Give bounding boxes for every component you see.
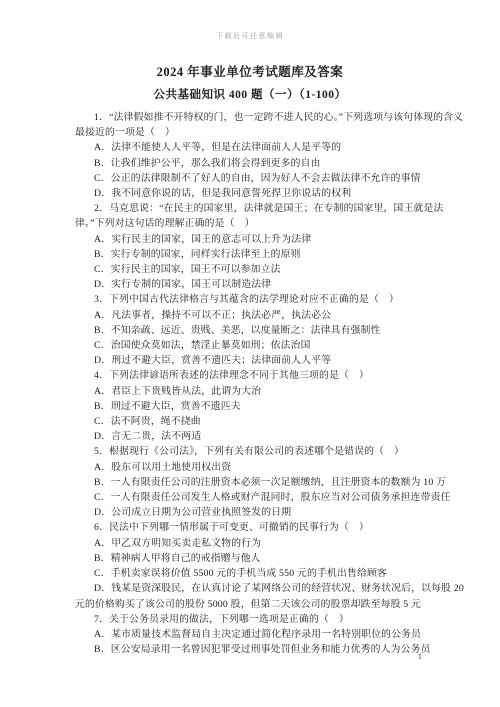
body-line: A．实行民主的国家，国王的意志可以上升为法律 xyxy=(75,232,470,247)
body-line: A．甲乙双方明知买卖走私文物的行为 xyxy=(75,536,470,551)
question-body: 1．“法律假如推不开特权的门，也一定跨不进人民的心。”下列选项与该句体现的含义最… xyxy=(0,110,500,657)
body-line: B．精神病人甲将自己的戒指赠与他人 xyxy=(75,551,470,566)
document-title: 2024 年事业单位考试题库及答案 xyxy=(0,62,500,80)
body-line: D．刑过不避大臣，赏善不遗匹夫；法律面前人人平等 xyxy=(75,353,470,368)
body-line: 6．民法中下列哪一情形属于可变更、可撤销的民事行为（ ） xyxy=(75,520,470,535)
document-page: 下载后可任意编辑 2024 年事业单位考试题库及答案 公共基础知识 400 题（… xyxy=(0,0,500,707)
header-note: 下载后可任意编辑 xyxy=(0,31,500,41)
body-line: 4．下列法律谚语所表述的法律理念不同于其他三项的是（ ） xyxy=(75,368,470,383)
body-line: B．刑过不避大臣，赏善不遗匹夫 xyxy=(75,399,470,414)
body-line: B．区公安局录用一名曾因犯罪受过刑事处罚但业务和能力优秀的人为公务员 xyxy=(75,642,470,657)
body-line: B．一人有限责任公司的注册资本必须一次足额缴纳，且注册资本的数额为 10 万 xyxy=(75,475,470,490)
body-line: C．法不阿贵，绳不挠曲 xyxy=(75,414,470,429)
body-line: A．凡法事者，操持不可以不正；执法必严，执法必公 xyxy=(75,308,470,323)
body-line: A．某市质量技术监督局自主决定通过简化程序录用一名特别职位的公务员 xyxy=(75,627,470,642)
body-line: B．不知亲疏、远近、贵贱、美恶，以度量断之：法律具有强制性 xyxy=(75,323,470,338)
body-line: A．股东可以用土地使用权出资 xyxy=(75,460,470,475)
body-line: 5．根据现行《公司法》，下列有关有限公司的表述哪个是错误的（ ） xyxy=(75,444,470,459)
body-line: C．公正的法律限制不了好人的自由，因为好人不会去做法律不允许的事情 xyxy=(75,171,470,186)
body-line: 7．关于公务员录用的做法，下列哪一选项是正确的（ ） xyxy=(75,612,470,627)
body-line: D．言无二贵，法不两适 xyxy=(75,429,470,444)
body-line: B．让我们维护公平，那么我们将会得到更多的自由 xyxy=(75,156,470,171)
body-line: D．我不同意你说的话，但是我同意誓死捍卫你说话的权利 xyxy=(75,186,470,201)
body-line: 2．马克思说：“在民主的国家里，法律就是国王；在专制的国家里，国王就是法 xyxy=(75,201,470,216)
body-line: D．钱某是资深股民，在认真讨论了某网络公司的经营状况、财务状况后，以每股 20 xyxy=(75,581,470,596)
body-line: 3．下列中国古代法律格言与其蕴含的法学理论对应不正确的是（ ） xyxy=(75,292,470,307)
body-line: D．实行专制的国家，国王可以制造法律 xyxy=(75,277,470,292)
body-line: 元的价格购买了该公司的股份 5000 股，但第二天该公司的股票却跌至每股 5 元 xyxy=(75,597,470,612)
body-line: C．实行民主的国家，国王不可以参加立法 xyxy=(75,262,470,277)
body-line: 最接近的一项是（ ） xyxy=(75,125,470,140)
body-line: C．治国使众莫如法，禁淫止暴莫如刑；依法治国 xyxy=(75,338,470,353)
page-number: 1 xyxy=(418,651,422,661)
body-line: A．君臣上下贵贱皆从法，此谓为大治 xyxy=(75,384,470,399)
body-line: 1．“法律假如推不开特权的门，也一定跨不进人民的心。”下列选项与该句体现的含义 xyxy=(75,110,470,125)
body-line: B．实行专制的国家，同样实行法律至上的原则 xyxy=(75,247,470,262)
document-subtitle: 公共基础知识 400 题（一）（1-100） xyxy=(0,86,500,102)
body-line: 律。”下列对这句话的理解正确的是（ ） xyxy=(75,216,470,231)
body-line: D．公司成立日期为公司营业执照签发的日期 xyxy=(75,505,470,520)
body-line: C．一人有限责任公司发生人格或财产混同时，股东应当对公司债务承担连带责任 xyxy=(75,490,470,505)
body-line: A．法律不能使人人平等，但是在法律面前人人是平等的 xyxy=(75,140,470,155)
body-line: C．手机卖家误将价值 5500 元的手机当成 550 元的手机出售给顾客 xyxy=(75,566,470,581)
